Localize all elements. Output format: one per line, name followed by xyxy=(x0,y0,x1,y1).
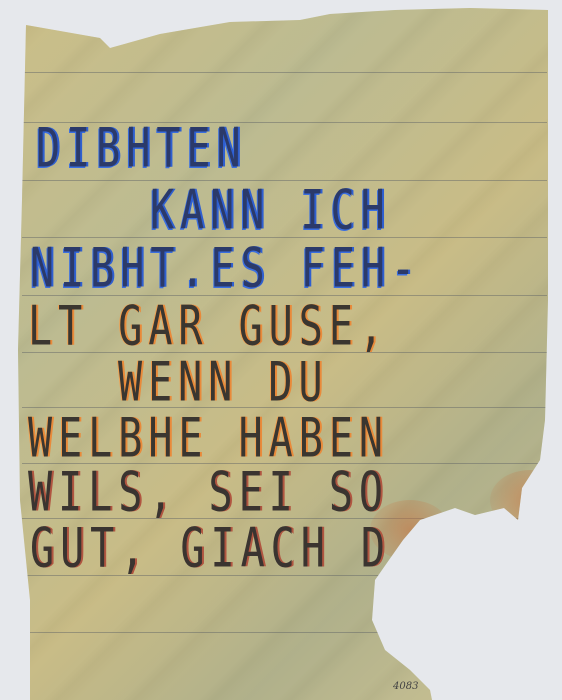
text-line-8: GUT, GIACH D xyxy=(30,518,391,580)
catalog-number: 4083 xyxy=(393,681,418,692)
ruled-line xyxy=(22,72,547,73)
burn-mark xyxy=(490,470,562,530)
text-line-3: NIBHT.ES FEH- xyxy=(30,238,421,300)
text-line-2: KANN ICH xyxy=(150,180,391,242)
text-line-7: WILS, SEI SO xyxy=(28,462,389,524)
text-line-5: WENN DU xyxy=(118,352,329,414)
text-line-1: DIBHTEN xyxy=(36,118,247,180)
ruled-line xyxy=(22,632,547,633)
text-line-6: WELBHE HABEN xyxy=(28,408,389,470)
text-line-4: LT GAR GUSE, xyxy=(28,296,389,358)
